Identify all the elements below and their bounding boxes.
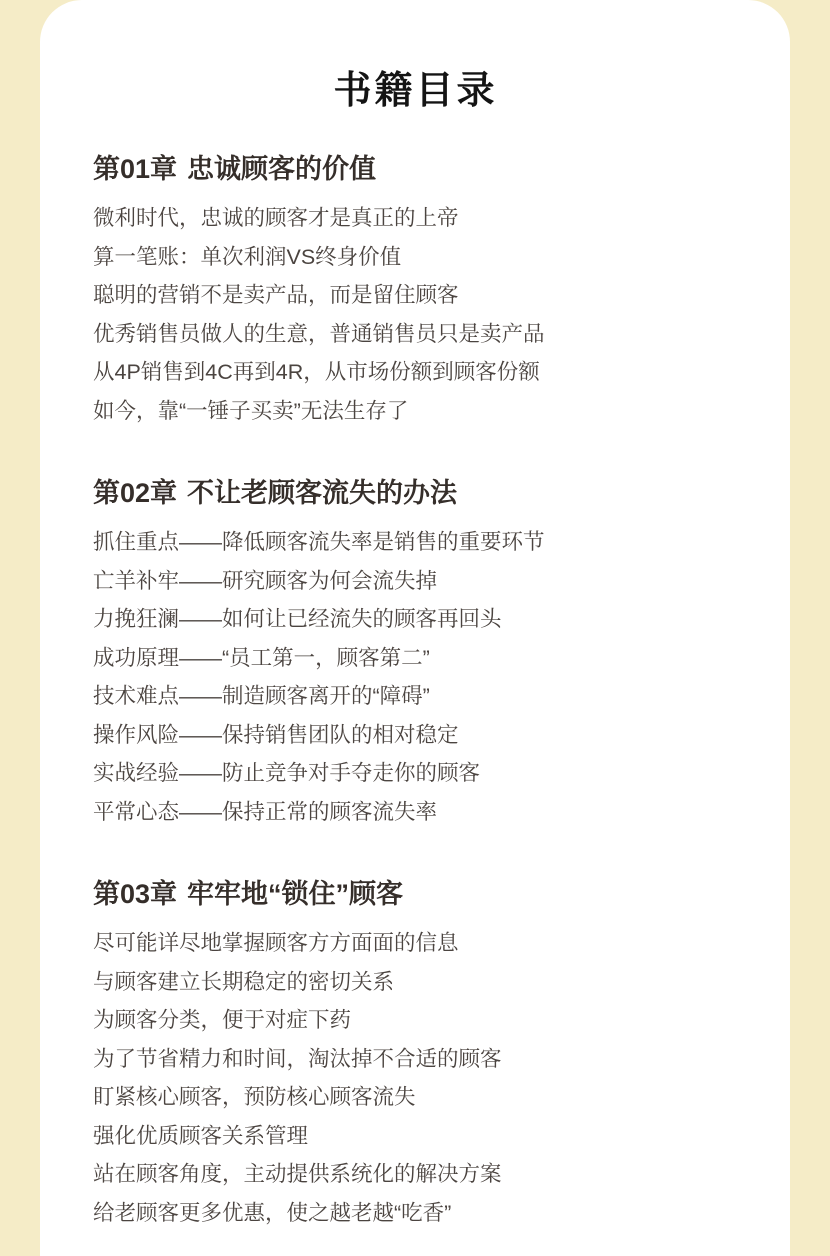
- toc-item: 算一笔账：单次利润VS终身价值: [93, 238, 738, 277]
- chapter-title: 牢牢地“锁住”顾客: [187, 879, 403, 909]
- toc-item: 力挽狂澜——如何让已经流失的顾客再回头: [93, 600, 738, 639]
- toc-item: 尽可能详尽地掌握顾客方方面面的信息: [93, 924, 738, 963]
- toc-item: 抓住重点——降低顾客流失率是销售的重要环节: [93, 523, 738, 562]
- chapter-title: 忠诚顾客的价值: [187, 154, 376, 184]
- chapter-number: 第02章: [93, 478, 177, 508]
- toc-item: 从4P销售到4C再到4R，从市场份额到顾客份额: [93, 353, 738, 392]
- toc-item: 聪明的营销不是卖产品，而是留住顾客: [93, 276, 738, 315]
- chapter-title: 不让老顾客流失的办法: [187, 478, 457, 508]
- toc-item: 成功原理——“员工第一，顾客第二”: [93, 639, 738, 678]
- toc-item: 给老顾客更多优惠，使之越老越“吃香”: [93, 1194, 738, 1233]
- toc-item: 亡羊补牢——研究顾客为何会流失掉: [93, 562, 738, 601]
- chapter-第01章: 第01章忠诚顾客的价值微利时代，忠诚的顾客才是真正的上帝算一笔账：单次利润VS终…: [93, 154, 738, 430]
- page-title: 书籍目录: [93, 72, 738, 110]
- toc-item: 与顾客建立长期稳定的密切关系: [93, 963, 738, 1002]
- toc-item: 微利时代，忠诚的顾客才是真正的上帝: [93, 199, 738, 238]
- toc-item: 如今，靠“一锤子买卖”无法生存了: [93, 392, 738, 431]
- toc-item: 优秀销售员做人的生意，普通销售员只是卖产品: [93, 315, 738, 354]
- toc-item: 实战经验——防止竞争对手夺走你的顾客: [93, 754, 738, 793]
- toc-item: 站在顾客角度，主动提供系统化的解决方案: [93, 1155, 738, 1194]
- toc-item: 为了节省精力和时间，淘汰掉不合适的顾客: [93, 1040, 738, 1079]
- chapter-第03章: 第03章牢牢地“锁住”顾客尽可能详尽地掌握顾客方方面面的信息与顾客建立长期稳定的…: [93, 879, 738, 1232]
- toc-item: 强化优质顾客关系管理: [93, 1117, 738, 1156]
- toc-card: 书籍目录 第01章忠诚顾客的价值微利时代，忠诚的顾客才是真正的上帝算一笔账：单次…: [40, 0, 790, 1256]
- chapter-heading: 第03章牢牢地“锁住”顾客: [93, 879, 738, 910]
- toc-item: 技术难点——制造顾客离开的“障碍”: [93, 677, 738, 716]
- toc-item: 操作风险——保持销售团队的相对稳定: [93, 716, 738, 755]
- page-background: 书籍目录 第01章忠诚顾客的价值微利时代，忠诚的顾客才是真正的上帝算一笔账：单次…: [0, 0, 830, 1256]
- toc-item: 盯紧核心顾客，预防核心顾客流失: [93, 1078, 738, 1117]
- toc-item: 平常心态——保持正常的顾客流失率: [93, 793, 738, 832]
- chapter-heading: 第02章不让老顾客流失的办法: [93, 478, 738, 509]
- chapter-number: 第03章: [93, 879, 177, 909]
- toc-item: 为顾客分类，便于对症下药: [93, 1001, 738, 1040]
- chapter-number: 第01章: [93, 154, 177, 184]
- chapter-heading: 第01章忠诚顾客的价值: [93, 154, 738, 185]
- chapter-list: 第01章忠诚顾客的价值微利时代，忠诚的顾客才是真正的上帝算一笔账：单次利润VS终…: [93, 154, 738, 1232]
- chapter-第02章: 第02章不让老顾客流失的办法抓住重点——降低顾客流失率是销售的重要环节亡羊补牢—…: [93, 478, 738, 831]
